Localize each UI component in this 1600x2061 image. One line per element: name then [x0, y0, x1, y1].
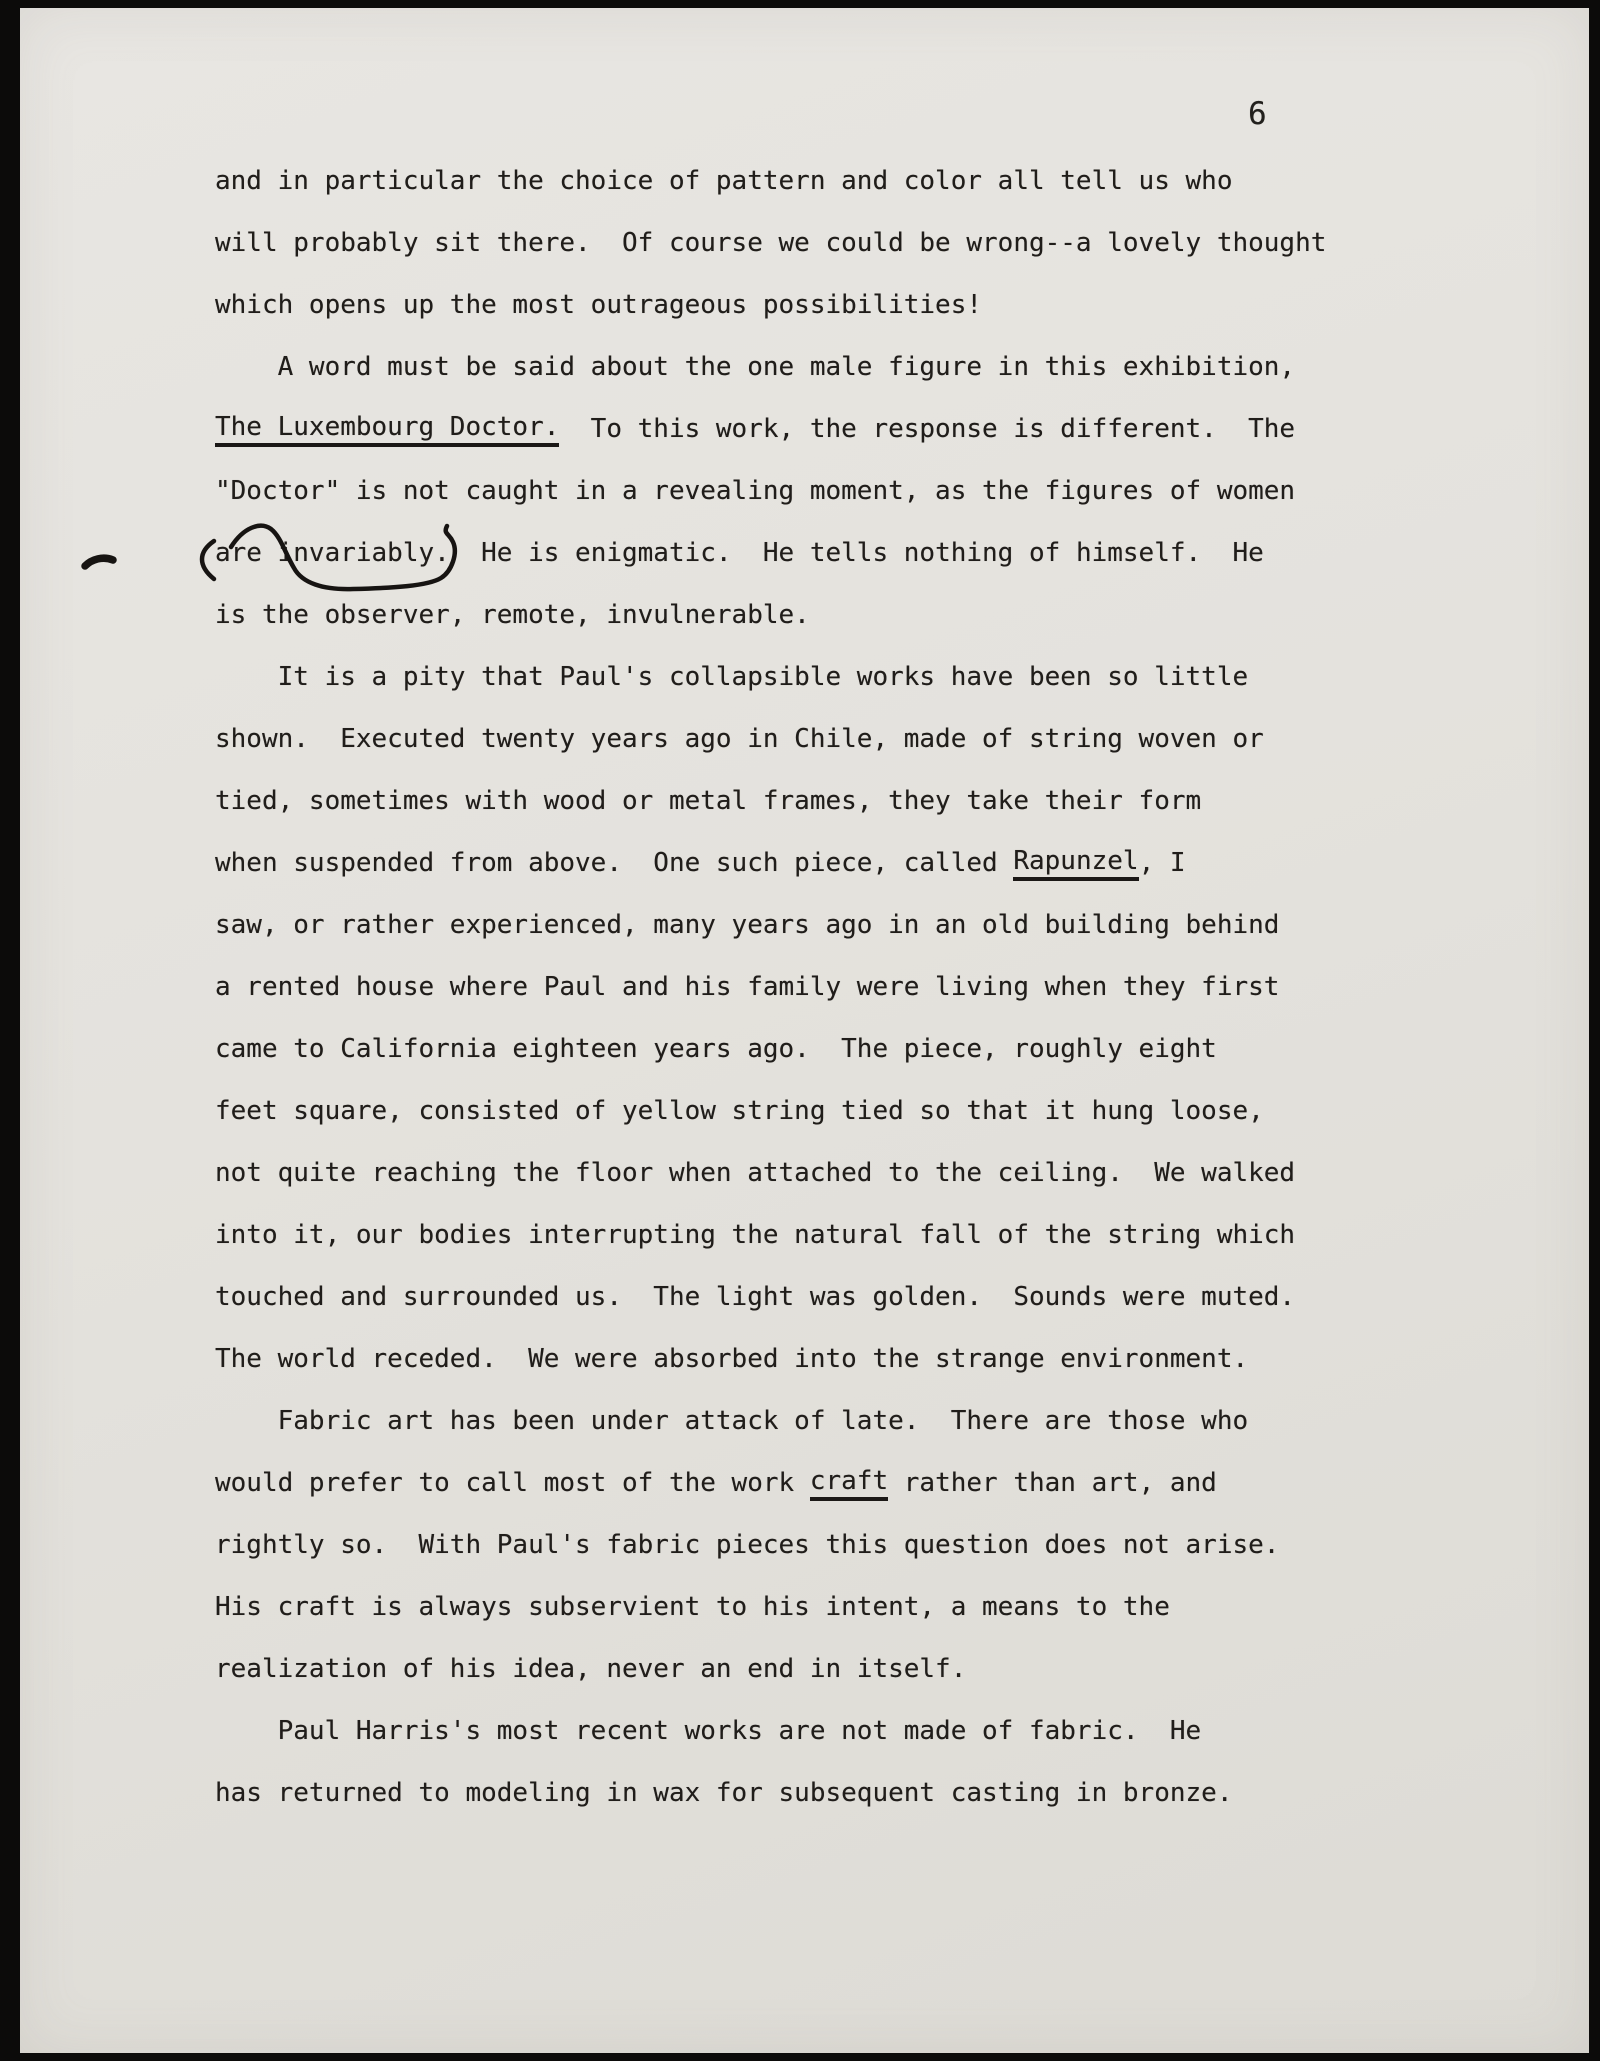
- text-segment: which opens up the most outrageous possi…: [215, 290, 982, 320]
- text-line: Paul Harris's most recent works are not …: [215, 1700, 1475, 1762]
- paper: 6 and in particular the choice of patter…: [20, 8, 1589, 2053]
- text-line: rightly so. With Paul's fabric pieces th…: [215, 1514, 1475, 1576]
- text-line: would prefer to call most of the work cr…: [215, 1452, 1475, 1514]
- scanned-document-page: { "page": { "number": "6", "lines": [ {"…: [0, 0, 1600, 2061]
- text-segment: will probably sit there. Of course we co…: [215, 228, 1326, 258]
- text-line: are invariably. He is enigmatic. He tell…: [215, 522, 1475, 584]
- text-segment: realization of his idea, never an end in…: [215, 1654, 966, 1684]
- text-segment: not quite reaching the floor when attach…: [215, 1158, 1295, 1188]
- text-line: saw, or rather experienced, many years a…: [215, 894, 1475, 956]
- text-line: has returned to modeling in wax for subs…: [215, 1762, 1475, 1824]
- text-segment: would prefer to call most of the work: [215, 1468, 810, 1498]
- text-line: which opens up the most outrageous possi…: [215, 274, 1475, 336]
- text-line: realization of his idea, never an end in…: [215, 1638, 1475, 1700]
- text-segment: "Doctor" is not caught in a revealing mo…: [215, 476, 1295, 506]
- text-segment: The world receded. We were absorbed into…: [215, 1344, 1248, 1374]
- text-line: shown. Executed twenty years ago in Chil…: [215, 708, 1475, 770]
- text-segment: , I: [1139, 848, 1186, 878]
- text-segment: tied, sometimes with wood or metal frame…: [215, 786, 1201, 816]
- typed-text: and in particular the choice of pattern …: [215, 150, 1475, 1824]
- text-segment: is the observer, remote, invulnerable.: [215, 600, 810, 630]
- underlined-text: craft: [810, 1466, 888, 1501]
- text-segment: A word must be said about the one male f…: [215, 352, 1295, 382]
- text-line: will probably sit there. Of course we co…: [215, 212, 1475, 274]
- text-segment: when suspended from above. One such piec…: [215, 848, 1013, 878]
- text-segment: To this work, the response is different.…: [559, 414, 1295, 444]
- text-line: His craft is always subservient to his i…: [215, 1576, 1475, 1638]
- text-segment: feet square, consisted of yellow string …: [215, 1096, 1264, 1126]
- underlined-text: The Luxembourg Doctor.: [215, 412, 559, 447]
- text-segment: touched and surrounded us. The light was…: [215, 1282, 1295, 1312]
- text-line: and in particular the choice of pattern …: [215, 150, 1475, 212]
- text-line: The Luxembourg Doctor. To this work, the…: [215, 398, 1475, 460]
- text-segment: shown. Executed twenty years ago in Chil…: [215, 724, 1264, 754]
- text-segment: saw, or rather experienced, many years a…: [215, 910, 1279, 940]
- text-segment: His craft is always subservient to his i…: [215, 1592, 1170, 1622]
- text-line: when suspended from above. One such piec…: [215, 832, 1475, 894]
- text-line: feet square, consisted of yellow string …: [215, 1080, 1475, 1142]
- page-number: 6: [1248, 96, 1267, 132]
- scan-background: 6 and in particular the choice of patter…: [0, 0, 1600, 2061]
- text-segment: came to California eighteen years ago. T…: [215, 1034, 1217, 1064]
- text-line: A word must be said about the one male f…: [215, 336, 1475, 398]
- text-segment: Fabric art has been under attack of late…: [215, 1406, 1248, 1436]
- text-segment: rather than art, and: [888, 1468, 1217, 1498]
- text-segment: Paul Harris's most recent works are not …: [215, 1716, 1201, 1746]
- text-line: The world receded. We were absorbed into…: [215, 1328, 1475, 1390]
- text-segment: a rented house where Paul and his family…: [215, 972, 1279, 1002]
- text-line: into it, our bodies interrupting the nat…: [215, 1204, 1475, 1266]
- text-line: "Doctor" is not caught in a revealing mo…: [215, 460, 1475, 522]
- text-line: came to California eighteen years ago. T…: [215, 1018, 1475, 1080]
- underlined-text: Rapunzel: [1013, 846, 1138, 881]
- text-line: It is a pity that Paul's collapsible wor…: [215, 646, 1475, 708]
- text-line: a rented house where Paul and his family…: [215, 956, 1475, 1018]
- text-line: not quite reaching the floor when attach…: [215, 1142, 1475, 1204]
- text-segment: He is enigmatic. He tells nothing of him…: [450, 538, 1264, 568]
- text-segment: It is a pity that Paul's collapsible wor…: [215, 662, 1248, 692]
- text-segment: rightly so. With Paul's fabric pieces th…: [215, 1530, 1279, 1560]
- text-line: Fabric art has been under attack of late…: [215, 1390, 1475, 1452]
- text-segment: and in particular the choice of pattern …: [215, 166, 1232, 196]
- text-segment: into it, our bodies interrupting the nat…: [215, 1220, 1295, 1250]
- text-line: is the observer, remote, invulnerable.: [215, 584, 1475, 646]
- text-line: touched and surrounded us. The light was…: [215, 1266, 1475, 1328]
- text-segment: has returned to modeling in wax for subs…: [215, 1778, 1232, 1808]
- text-line: tied, sometimes with wood or metal frame…: [215, 770, 1475, 832]
- circled-text: are invariably.: [215, 538, 450, 568]
